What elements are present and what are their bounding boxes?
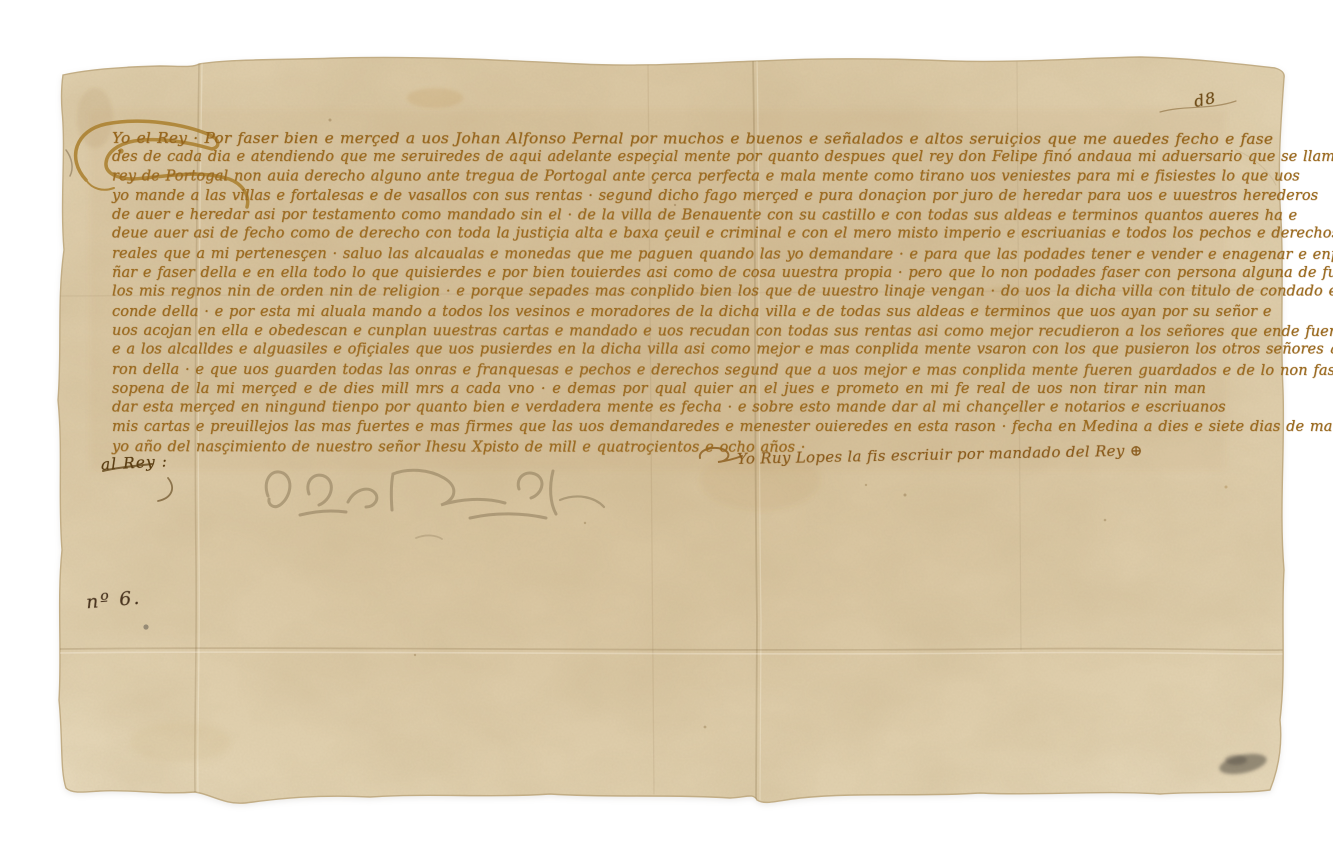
speck (584, 522, 586, 524)
manuscript-line: uos acojan en ella e obedescan e cunplan… (112, 322, 1206, 342)
manuscript-line: mis cartas e preuillejos las mas fuertes… (112, 418, 1206, 437)
manuscript-line: ñar e faser della e en ella todo lo que … (112, 264, 1206, 283)
manuscript-line: e a los alcalldes e alguasiles e ofiçial… (112, 341, 1206, 360)
stain-bottomleft (130, 722, 230, 762)
manuscript-line: rey de Portogal non auia derecho alguno … (112, 167, 1206, 186)
ink-smudge-core (1225, 755, 1247, 765)
manuscript-line: yo mande a las villas e fortalesas e de … (112, 187, 1206, 206)
speck (704, 726, 707, 729)
manuscript-line: dar esta merçed en ningund tienpo por qu… (112, 399, 1206, 418)
manuscript-line: de auer e heredar asi por testamento com… (112, 206, 1206, 226)
manuscript-line: Yo el Rey · Por faser bien e merçed a uo… (112, 129, 1206, 149)
manuscript-line: conde della · e por esta mi aluala mando… (112, 303, 1206, 322)
manuscript-line: des de cada dia e atendiendo que me seru… (112, 148, 1206, 167)
royal-note: al Rey : (101, 451, 169, 474)
manuscript-line: ron della · e que uos guarden todas las … (112, 360, 1206, 380)
archival-number: nº 6. (85, 586, 142, 615)
manuscript-line: sopena de la mi merçed e de dies mill mr… (112, 380, 1206, 399)
manuscript-line: yo año del nasçimiento de nuestro señor … (112, 438, 702, 458)
photograph-of-charter: Yo el Rey · Por faser bien e merçed a uo… (0, 0, 1333, 867)
stain-top (407, 88, 463, 108)
manuscript-line: los mis regnos nin de orden nin de relig… (112, 283, 1206, 302)
speck (329, 119, 332, 122)
speck (904, 494, 907, 497)
speck (143, 624, 148, 629)
manuscript-text-block: Yo el Rey · Por faser bien e merçed a uo… (112, 129, 1206, 457)
manuscript-line: reales que a mi pertenesçen · saluo las … (112, 245, 1206, 265)
speck (414, 654, 416, 656)
speck (865, 484, 867, 486)
speck (1104, 519, 1107, 522)
speck (1225, 486, 1228, 489)
manuscript-line: deue auer asi de fecho como de derecho c… (112, 225, 1206, 244)
